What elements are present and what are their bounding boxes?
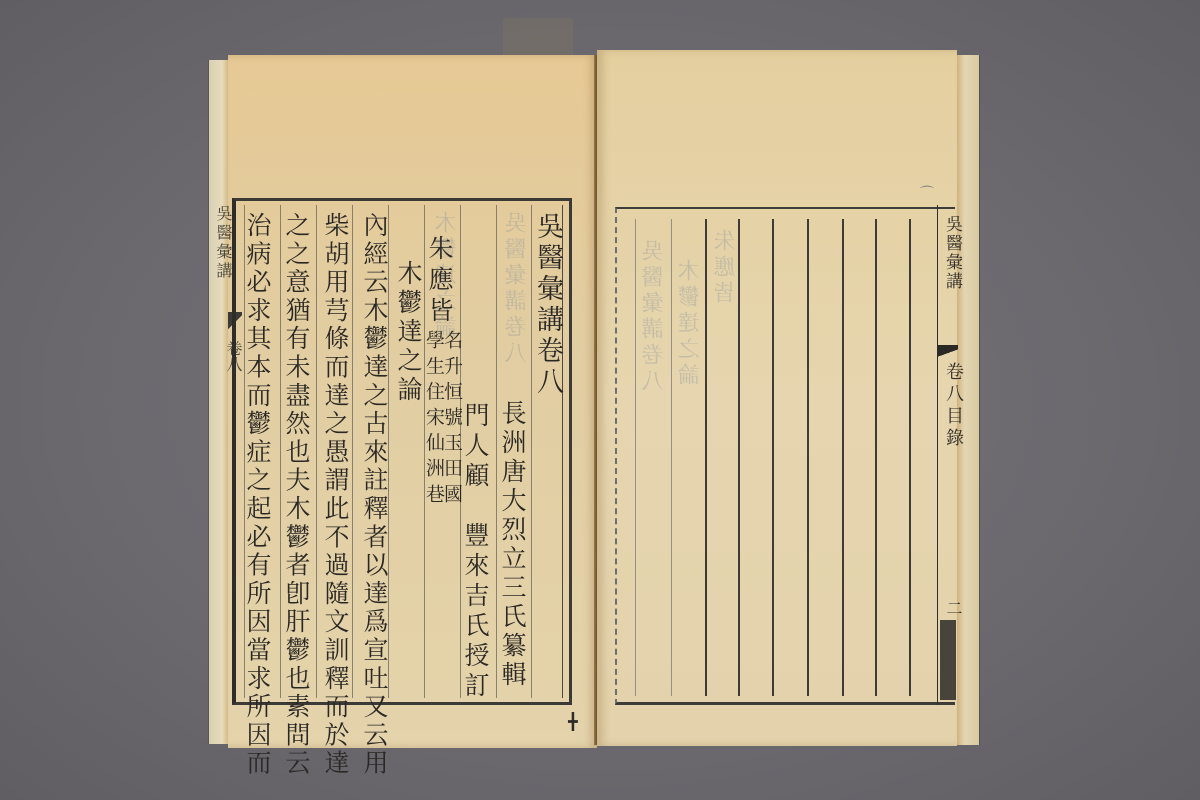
column-rule [635, 219, 636, 696]
column-rule [807, 219, 809, 696]
body-text-column-4: 治病必求其本而鬱症之起必有所因當求所因而 [245, 212, 270, 778]
top-notch-mark: ⌒ [920, 183, 934, 203]
column-rule [842, 219, 844, 696]
ghost-text: 木鬱達之論 [675, 259, 706, 389]
body-text-column-1: 內經云木鬱達之古來註釋者以達爲宣吐又云用 [362, 212, 387, 778]
body-text-column-3: 之之意猶有未盡然也夫木鬱者卽肝鬱也素問云 [284, 212, 309, 778]
column-rule [909, 219, 911, 696]
column-rule [316, 205, 317, 698]
author-note-left: 學生住宋仙洲巷 [424, 330, 443, 509]
right-ruled-frame: 吳醫彙講卷八 木鬱達之論 朱應皆 [615, 207, 955, 705]
compiler-column: 長洲唐大烈立三氏纂輯 [500, 400, 525, 690]
banner-page-number: 二 [942, 600, 965, 616]
ghost-text: 吳醫彙講卷八 [639, 239, 670, 395]
banner-section: 卷八目錄 [940, 362, 966, 450]
fish-tail-mark-icon [938, 345, 958, 359]
column-rule [280, 205, 281, 698]
column-rule [875, 219, 877, 696]
essay-title-column: 木鬱達之論 [396, 260, 421, 405]
banner-title: 吳醫彙講 [940, 215, 965, 291]
ghost-text: 吳醫彙講卷八 [502, 211, 533, 367]
column-rule [772, 219, 774, 696]
column-rule [496, 205, 497, 698]
body-text-column-2: 柴胡用芎條而達之愚謂此不過隨文訓釋而於達 [323, 212, 348, 778]
banner-ink-block [940, 620, 956, 700]
column-rule [352, 205, 353, 698]
author-column: 朱應皆 [427, 235, 452, 328]
ghost-text: 朱應皆 [711, 229, 742, 307]
editor-column: 門人顧 豐來吉氏授訂 [463, 402, 488, 702]
book-title-column: 吳醫彙講卷八 [534, 212, 561, 398]
column-rule [671, 219, 672, 696]
library-stamp [503, 18, 573, 58]
corner-mark: ╋ [568, 712, 578, 731]
